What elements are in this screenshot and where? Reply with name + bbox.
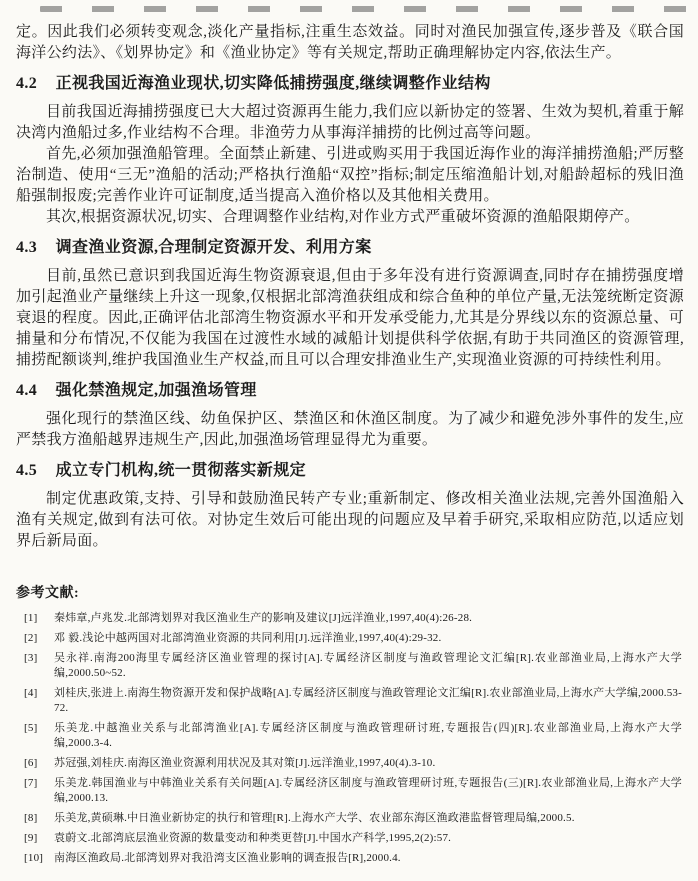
paragraph: 目前,虽然已意识到我国近海生物资源衰退,但由于多年没有进行资源调查,同时存在捕捞… [16, 266, 684, 371]
reference-item: [5] 乐美龙.中越渔业关系与北部湾渔业[A].专属经济区制度与渔政管理研讨班,… [24, 721, 684, 751]
section-number: 4.2 [16, 73, 37, 95]
reference-label: [5] [24, 721, 54, 736]
section-heading-4-3: 4.3 调查渔业资源,合理制定资源开发、利用方案 [16, 237, 684, 259]
paragraph-continuation: 定。因此我们必须转变观念,淡化产量指标,注重生态效益。同时对渔民加强宣传,逐步普… [16, 22, 684, 64]
reference-text: 吴永祥.南海200海里专属经济区渔业管理的探讨[A].专属经济区制度与渔政管理论… [54, 651, 684, 681]
reference-text: 刘桂庆,张进上.南海生物资源开发和保护战略[A].专属经济区制度与渔政管理论文汇… [54, 686, 684, 716]
reference-text: 乐美龙.韩国渔业与中韩渔业关系有关问题[A].专属经济区制度与渔政管理研讨班,专… [54, 776, 684, 806]
reference-item: [6] 苏冠强,刘桂庆.南海区渔业资源利用状况及其对策[J].远洋渔业,1997… [24, 756, 684, 771]
reference-item: [4] 刘桂庆,张进上.南海生物资源开发和保护战略[A].专属经济区制度与渔政管… [24, 686, 684, 716]
section-title: 调查渔业资源,合理制定资源开发、利用方案 [56, 239, 372, 256]
document-page: 定。因此我们必须转变观念,淡化产量指标,注重生态效益。同时对渔民加强宣传,逐步普… [0, 0, 698, 881]
section-title: 正视我国近海渔业现状,切实降低捕捞强度,继续调整作业结构 [56, 75, 491, 92]
section-number: 4.3 [16, 237, 37, 259]
reference-label: [1] [24, 611, 54, 626]
section-number: 4.5 [16, 460, 37, 482]
reference-text: 秦炜章,卢兆发.北部湾划界对我区渔业生产的影响及建议[J]远洋渔业,1997,4… [54, 611, 684, 626]
reference-item: [2] 邓 毅.浅论中越两国对北部湾渔业资源的共同利用[J].远洋渔业,1997… [24, 631, 684, 646]
reference-label: [7] [24, 776, 54, 791]
reference-item: [10] 南海区渔政局.北部湾划界对我沿湾支区渔业影响的调查报告[R],2000… [24, 851, 684, 866]
reference-label: [8] [24, 811, 54, 826]
reference-text: 乐美龙.中越渔业关系与北部湾渔业[A].专属经济区制度与渔政管理研讨班,专题报告… [54, 721, 684, 751]
reference-label: [9] [24, 831, 54, 846]
reference-item: [7] 乐美龙.韩国渔业与中韩渔业关系有关问题[A].专属经济区制度与渔政管理研… [24, 776, 684, 806]
reference-item: [3] 吴永祥.南海200海里专属经济区渔业管理的探讨[A].专属经济区制度与渔… [24, 651, 684, 681]
reference-label: [6] [24, 756, 54, 771]
paragraph: 强化现行的禁渔区线、幼鱼保护区、禁渔区和休渔区制度。为了减少和避免涉外事件的发生… [16, 409, 684, 451]
paragraph: 目前我国近海捕捞强度已大大超过资源再生能力,我们应以新协定的签署、生效为契机,着… [16, 102, 684, 144]
reference-label: [4] [24, 686, 54, 701]
reference-text: 乐美龙,黄硕琳.中日渔业新协定的执行和管理[R].上海水产大学、农业部东海区渔政… [54, 811, 684, 826]
section-heading-4-5: 4.5 成立专门机构,统一贯彻落实新规定 [16, 460, 684, 482]
reference-text: 袁蔚文.北部湾底层渔业资源的数量变动和种类更替[J].中国水产科学,1995,2… [54, 831, 684, 846]
paragraph: 首先,必须加强渔船管理。全面禁止新建、引进或购买用于我国近海作业的海洋捕捞渔船;… [16, 144, 684, 207]
reference-label: [2] [24, 631, 54, 646]
section-number: 4.4 [16, 380, 37, 402]
paragraph: 制定优惠政策,支持、引导和鼓励渔民转产专业;重新制定、修改相关渔业法规,完善外国… [16, 489, 684, 552]
section-title: 强化禁渔规定,加强渔场管理 [56, 382, 257, 399]
reference-text: 南海区渔政局.北部湾划界对我沿湾支区渔业影响的调查报告[R],2000.4. [54, 851, 684, 866]
reference-text: 苏冠强,刘桂庆.南海区渔业资源利用状况及其对策[J].远洋渔业,1997,40(… [54, 756, 684, 771]
section-heading-4-4: 4.4 强化禁渔规定,加强渔场管理 [16, 380, 684, 402]
reference-item: [1] 秦炜章,卢兆发.北部湾划界对我区渔业生产的影响及建议[J]远洋渔业,19… [24, 611, 684, 626]
scan-artifact-top [40, 6, 690, 12]
reference-text: 邓 毅.浅论中越两国对北部湾渔业资源的共同利用[J].远洋渔业,1997,40(… [54, 631, 684, 646]
reference-label: [10] [24, 851, 54, 866]
reference-label: [3] [24, 651, 54, 666]
reference-item: [8] 乐美龙,黄硕琳.中日渔业新协定的执行和管理[R].上海水产大学、农业部东… [24, 811, 684, 826]
references-list: [1] 秦炜章,卢兆发.北部湾划界对我区渔业生产的影响及建议[J]远洋渔业,19… [16, 611, 684, 866]
paragraph: 其次,根据资源状况,切实、合理调整作业结构,对作业方式严重破坏资源的渔船限期停产… [16, 207, 684, 228]
references-heading: 参考文献: [16, 582, 684, 602]
section-title: 成立专门机构,统一贯彻落实新规定 [56, 462, 306, 479]
reference-item: [9] 袁蔚文.北部湾底层渔业资源的数量变动和种类更替[J].中国水产科学,19… [24, 831, 684, 846]
section-heading-4-2: 4.2 正视我国近海渔业现状,切实降低捕捞强度,继续调整作业结构 [16, 73, 684, 95]
